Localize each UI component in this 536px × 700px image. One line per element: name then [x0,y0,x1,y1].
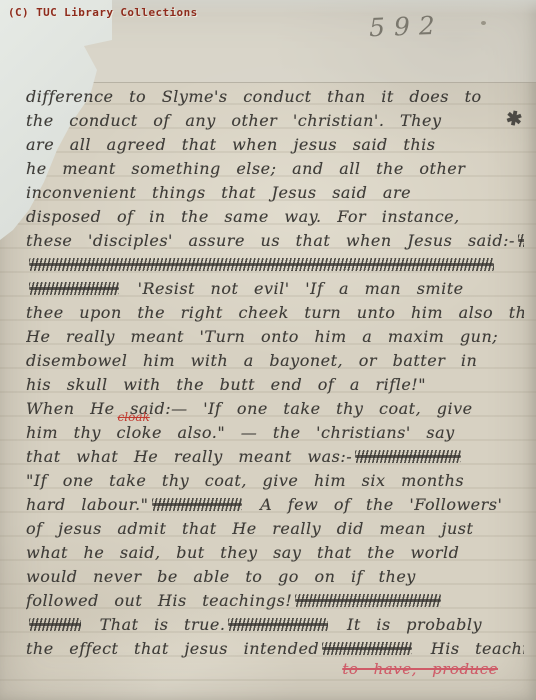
annotated-word: clokecloak [117,423,162,442]
manuscript-line: thee upon the right cheek turn unto him … [26,302,524,326]
text-segment: When He said:— 'If one take thy coat, gi… [26,399,473,418]
text-segment: would never be able to go on if they [26,567,416,586]
manuscript-lines: difference to Slyme's conduct than it do… [26,86,524,682]
manuscript-line: would never be able to go on if they [26,566,524,590]
scribbled-out-text [29,618,81,631]
text-segment: the effect that jesus intended [26,639,319,658]
text-segment: he meant something else; and all the oth… [26,159,465,178]
text-segment: He really meant 'Turn onto him a maxim g… [26,327,498,346]
manuscript-line: the conduct of any other 'christian'. Th… [26,110,524,134]
text-segment: his skull with the butt end of a rifle!" [26,375,426,394]
manuscript-line: disembowel him with a bayonet, or batter… [26,350,524,374]
library-watermark: (C) TUC Library Collections [8,6,198,19]
scribbled-out-text [29,258,494,271]
text-segment: It is probably [331,615,482,634]
manuscript-line: to have, produce [26,658,524,682]
manuscript-line [26,254,524,278]
text-segment: inconvenient things that Jesus said are [26,183,411,202]
manuscript-line: followed out His teachings! [26,590,524,614]
text-segment: thee upon the right cheek turn unto him … [26,303,524,322]
scribbled-out-text [228,618,328,631]
text-segment: hard labour." [26,495,149,514]
text-segment: followed out His teachings! [26,591,292,610]
manuscript-line: his skull with the butt end of a rifle!" [26,374,524,398]
text-segment: disembowel him with a bayonet, or batter… [26,351,477,370]
text-segment: That is true. [84,615,225,634]
text-segment: what he said, but they say that the worl… [26,543,459,562]
text-segment: difference to Slyme's conduct than it do… [26,87,482,106]
manuscript-line: disposed of in the same way. For instanc… [26,206,524,230]
scribbled-out-text [29,282,119,295]
scribbled-out-text [518,234,524,247]
manuscript-line: That is true. It is probably [26,614,524,638]
text-segment: are all agreed that when jesus said this [26,135,435,154]
manuscript-line: He really meant 'Turn onto him a maxim g… [26,326,524,350]
scribbled-out-text [355,450,461,463]
manuscript-line: are all agreed that when jesus said this [26,134,524,158]
manuscript-line: "If one take thy coat, give him six mont… [26,470,524,494]
scribbled-out-text [152,498,242,511]
text-segment: these 'disciples' assure us that when Je… [26,231,515,250]
manuscript-line: difference to Slyme's conduct than it do… [26,86,524,110]
text-segment: also." — the 'christians' say [162,423,455,442]
manuscript-line: When He said:— 'If one take thy coat, gi… [26,398,524,422]
text-segment: the conduct of any other 'christian'. Th… [26,111,441,130]
red-correction-note: cloak [118,411,150,423]
text-segment: A few of the 'Followers' [245,495,503,514]
scribbled-out-text [295,594,441,607]
text-segment: of jesus admit that He really did mean j… [26,519,473,538]
manuscript-line: that what He really meant was:- [26,446,524,470]
scribbled-out-text [322,642,412,655]
manuscript-line: him thy clokecloak also." — the 'christi… [26,422,524,446]
manuscript-line: hard labour." A few of the 'Followers' [26,494,524,518]
red-pencil-text: to have, produce [342,660,498,678]
manuscript-line: these 'disciples' assure us that when Je… [26,230,524,254]
text-segment: 'Resist not evil' 'If a man smite [122,279,464,298]
manuscript-line: he meant something else; and all the oth… [26,158,524,182]
margin-asterisk-mark: ✱ [504,107,524,132]
text-segment: that what He really meant was:- [26,447,352,466]
text-segment: "If one take thy coat, give him six mont… [26,471,464,490]
text-segment: disposed of in the same way. For instanc… [26,207,460,226]
manuscript-line: what he said, but they say that the worl… [26,542,524,566]
manuscript-line: 'Resist not evil' 'If a man smite [26,278,524,302]
text-segment: His teachings [415,639,524,658]
manuscript-line: of jesus admit that He really did mean j… [26,518,524,542]
page-number: 592 [369,11,445,43]
paper-speck [481,21,486,25]
text-segment: him thy [26,423,117,442]
manuscript-line: inconvenient things that Jesus said are [26,182,524,206]
